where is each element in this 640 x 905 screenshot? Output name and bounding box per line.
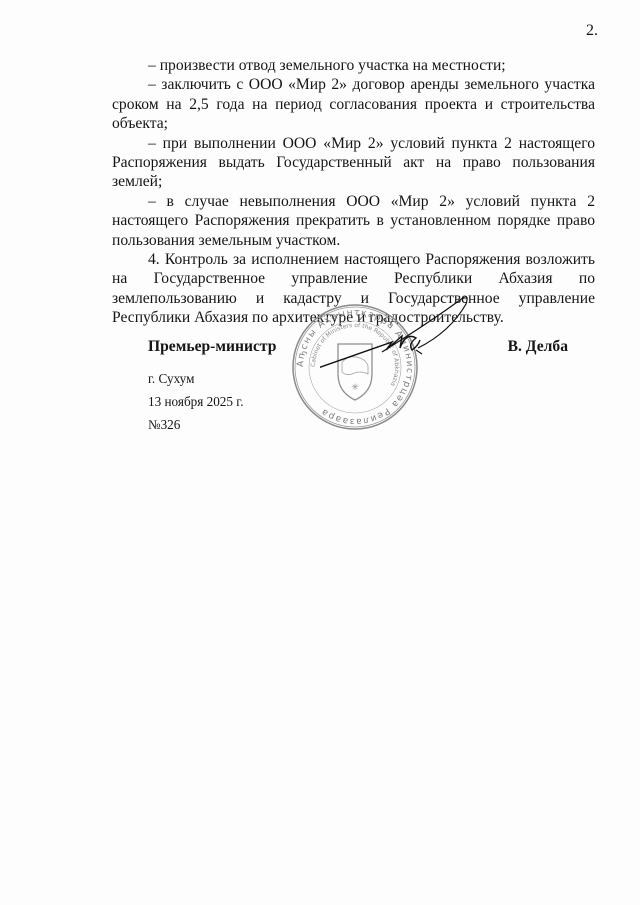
page-number: 2.	[586, 22, 598, 40]
document-body: – произвести отвод земельного участка на…	[112, 56, 595, 328]
date: 13 ноября 2025 г.	[148, 394, 244, 410]
paragraph: – произвести отвод земельного участка на…	[112, 56, 595, 75]
paragraph: – при выполнении ООО «Мир 2» условий пун…	[112, 134, 595, 192]
paragraph: – в случае невыполнения ООО «Мир 2» усло…	[112, 192, 595, 250]
signatory-title: Премьер-министр	[148, 338, 276, 356]
document-number: №326	[148, 417, 180, 433]
signatory-name: В. Делба	[508, 338, 568, 356]
city: г. Сухум	[148, 371, 194, 387]
paragraph: – заключить с ООО «Мир 2» договор аренды…	[112, 75, 595, 133]
signature-block: Премьер-министр В. Делба	[148, 338, 568, 360]
